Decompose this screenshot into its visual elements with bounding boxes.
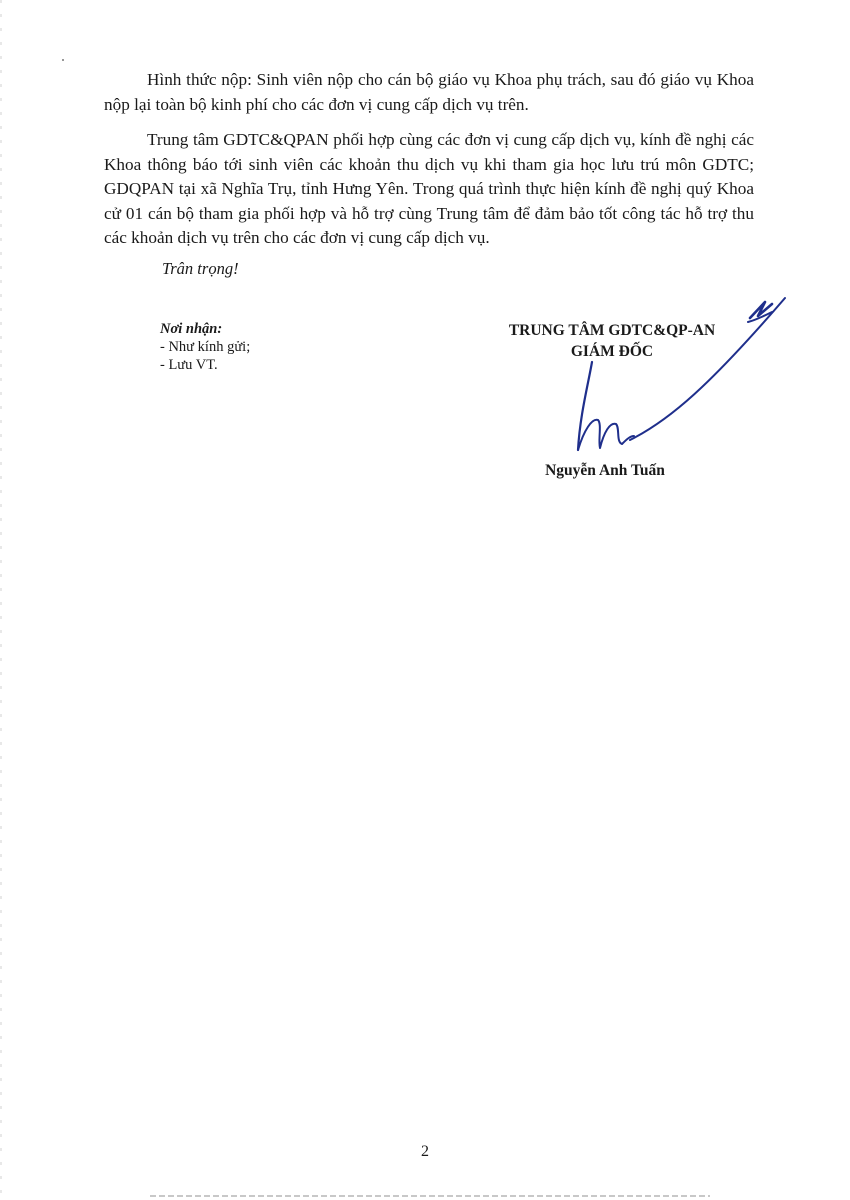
scan-dot-artifact	[62, 59, 64, 61]
document-page: Hình thức nộp: Sinh viên nộp cho cán bộ …	[0, 0, 850, 1200]
signer-name: Nguyễn Anh Tuấn	[505, 462, 705, 480]
paragraph-text: Hình thức nộp: Sinh viên nộp cho cán bộ …	[104, 70, 754, 114]
scan-edge-artifact	[0, 0, 2, 1200]
paragraph-coordination-request: Trung tâm GDTC&QPAN phối hợp cùng các đơ…	[104, 128, 754, 251]
page-number: 2	[415, 1143, 435, 1161]
recipients-heading: Nơi nhận:	[160, 320, 250, 338]
recipient-item: - Lưu VT.	[160, 356, 250, 374]
recipient-item: - Như kính gửi;	[160, 338, 250, 356]
handwritten-signature-icon	[560, 290, 800, 460]
recipients-block: Nơi nhận: - Như kính gửi; - Lưu VT.	[160, 320, 250, 374]
scan-bottom-edge-artifact	[150, 1195, 710, 1197]
paragraph-payment-method: Hình thức nộp: Sinh viên nộp cho cán bộ …	[104, 68, 754, 117]
closing-salutation: Trân trọng!	[162, 259, 239, 279]
paragraph-text: Trung tâm GDTC&QPAN phối hợp cùng các đơ…	[104, 130, 754, 247]
